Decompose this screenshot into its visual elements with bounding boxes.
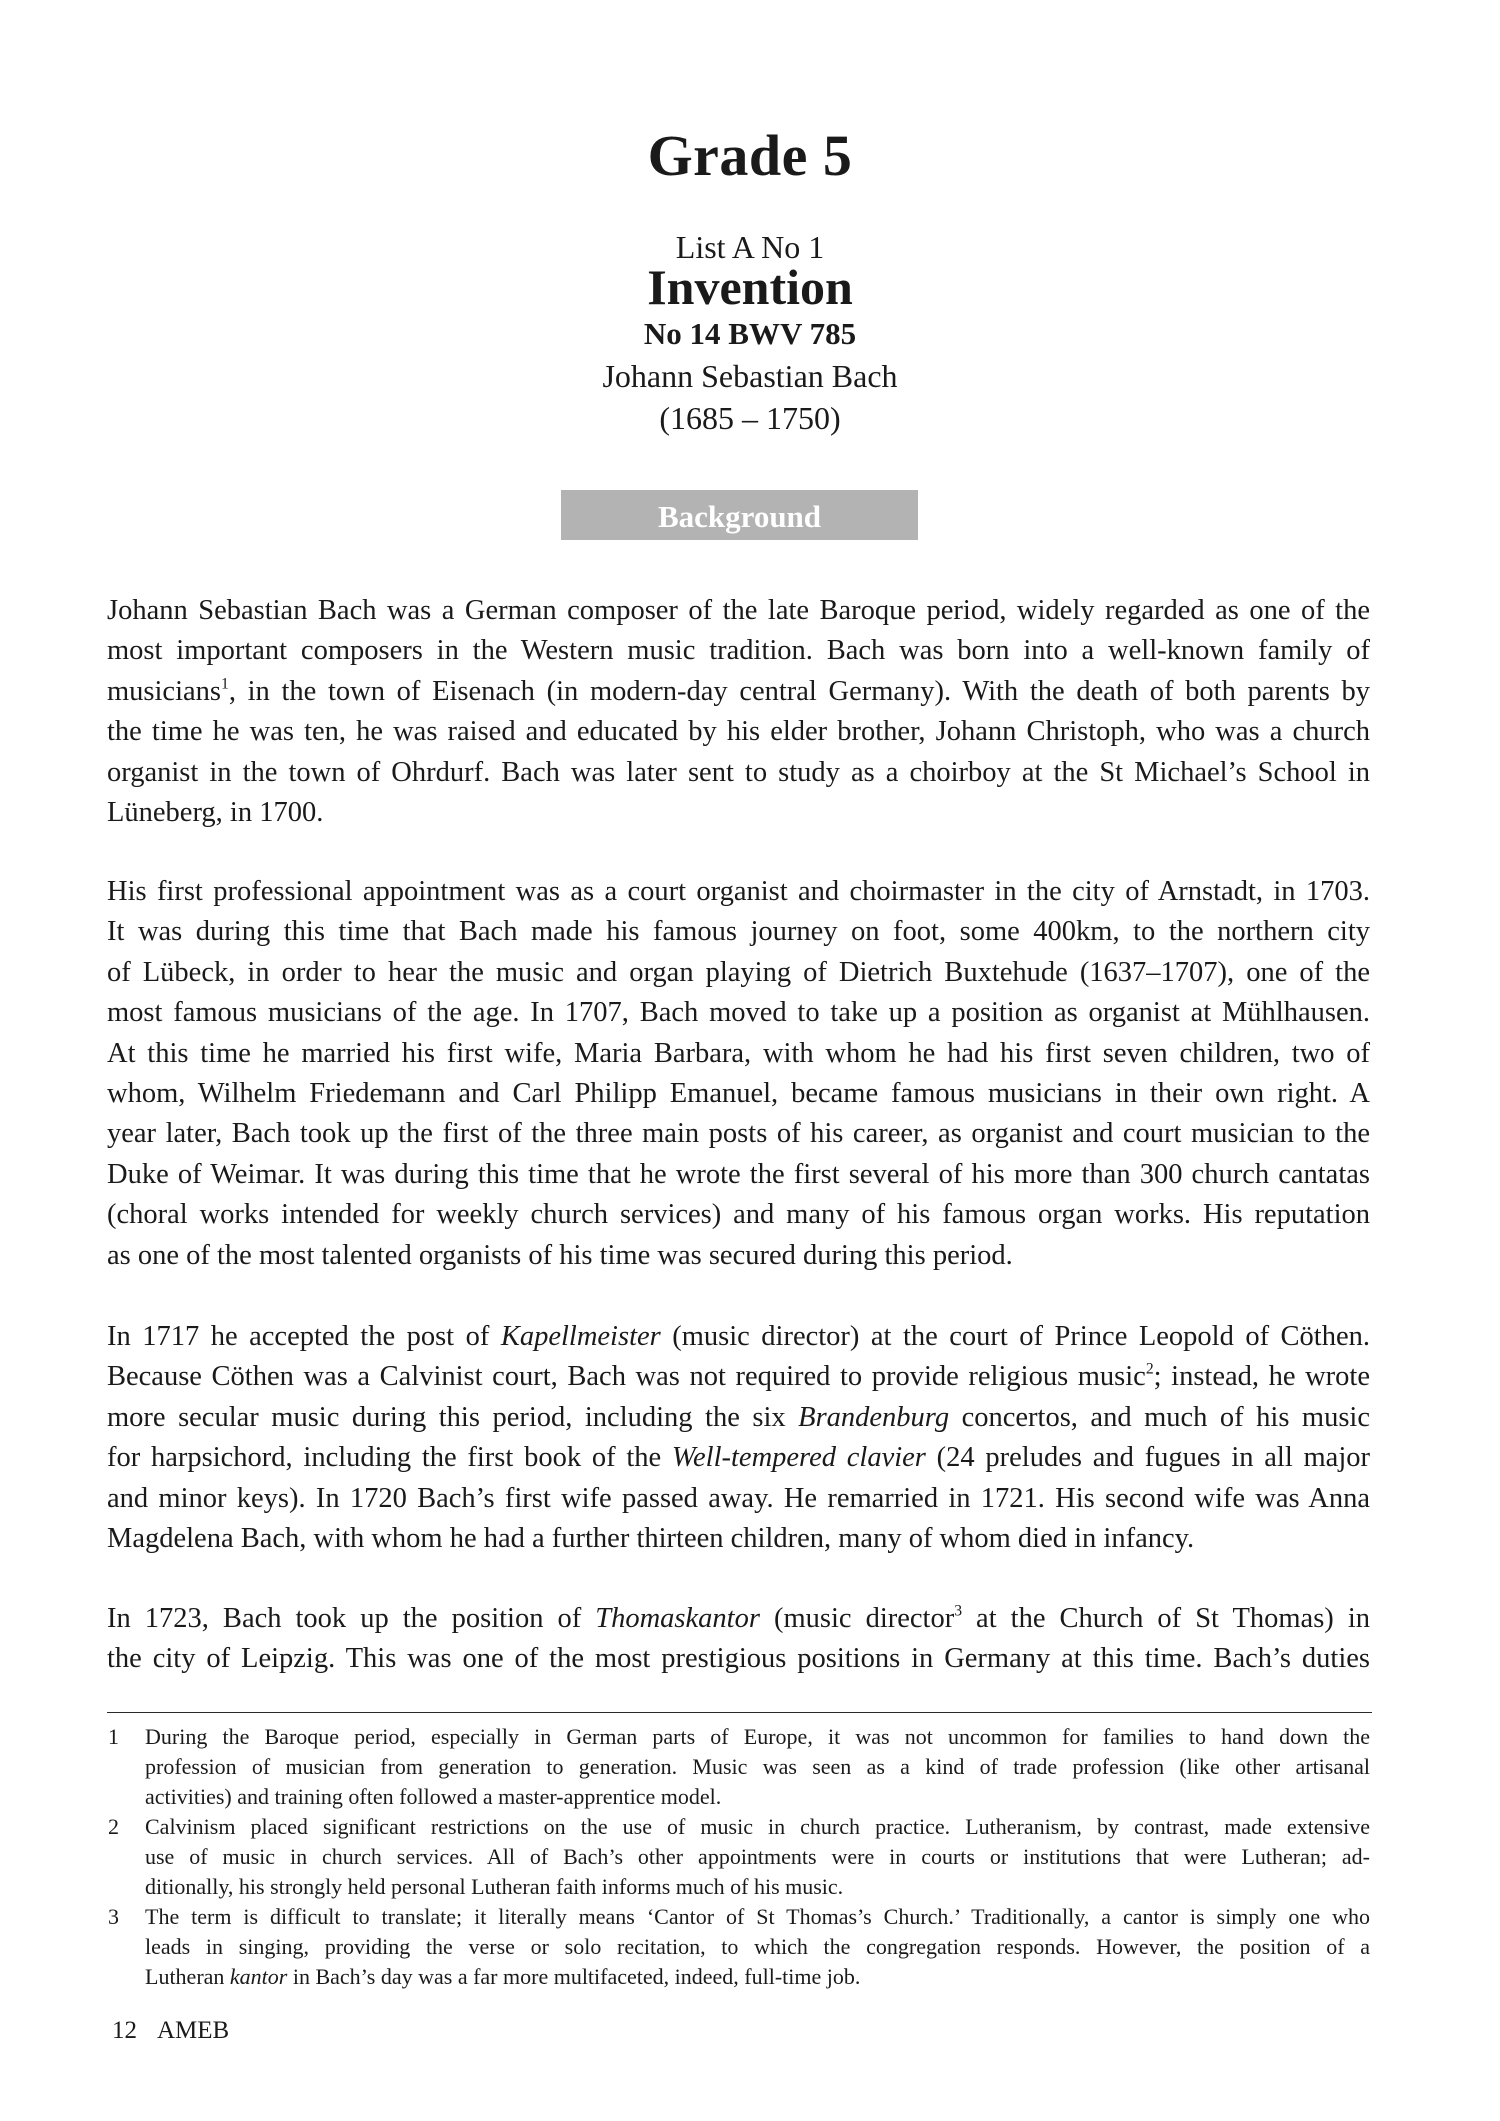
italic-term: kantor xyxy=(230,1964,287,1989)
composer-name: Johann Sebastian Bach xyxy=(0,360,1500,392)
text-line: Johann Sebastian Bach was a German compo… xyxy=(107,597,1370,626)
footnote-line: use of music in church services. All of … xyxy=(145,1846,1370,1868)
text-line: (choral works intended for weekly church… xyxy=(107,1201,1370,1230)
text-line: Lüneberg, in 1700. xyxy=(107,799,1370,828)
italic-term: Kapellmeister xyxy=(501,1321,661,1352)
grade-heading: Grade 5 xyxy=(0,127,1500,185)
footnote-number: 3 xyxy=(108,1906,119,1928)
footnote-number: 2 xyxy=(108,1816,119,1838)
catalogue-number: No 14 BWV 785 xyxy=(0,318,1500,349)
footnote-line: activities) and training often followed … xyxy=(145,1786,1370,1808)
text-line: more secular music during this period, i… xyxy=(107,1404,1370,1433)
footnote-line: profession of musician from generation t… xyxy=(145,1756,1370,1778)
text-line: In 1717 he accepted the post of Kapellme… xyxy=(107,1323,1370,1352)
text-line: His first professional appointment was a… xyxy=(107,878,1370,907)
italic-term: Brandenburg xyxy=(798,1402,949,1433)
text-line: and minor keys). In 1720 Bach’s first wi… xyxy=(107,1485,1370,1514)
footnote-reference[interactable]: 2 xyxy=(1146,1361,1154,1378)
text-line: year later, Bach took up the first of th… xyxy=(107,1120,1370,1149)
text-line: Because Cöthen was a Calvinist court, Ba… xyxy=(107,1363,1370,1392)
footnote-reference[interactable]: 1 xyxy=(221,675,229,692)
text-line: musicians1, in the town of Eisenach (in … xyxy=(107,678,1370,707)
footnote-line: ditionally, his strongly held personal L… xyxy=(145,1876,1370,1898)
text-line: In 1723, Bach took up the position of Th… xyxy=(107,1605,1370,1634)
text-line: most famous musicians of the age. In 170… xyxy=(107,999,1370,1028)
text-line: whom, Wilhelm Friedemann and Carl Philip… xyxy=(107,1080,1370,1109)
italic-term: Thomaskantor xyxy=(595,1603,760,1634)
piece-title: Invention xyxy=(0,262,1500,312)
italic-term: Well-tempered clavier xyxy=(672,1442,926,1473)
text-line: organist in the town of Ohrdurf. Bach wa… xyxy=(107,759,1370,788)
document-page: Grade 5 List A No 1 Invention No 14 BWV … xyxy=(0,0,1500,2121)
text-line: the time he was ten, he was raised and e… xyxy=(107,718,1370,747)
footnote-line: leads in singing, providing the verse or… xyxy=(145,1936,1370,1958)
publisher-name: AMEB xyxy=(157,2017,229,2044)
footnote-number: 1 xyxy=(108,1726,119,1748)
text-line: of Lübeck, in order to hear the music an… xyxy=(107,959,1370,988)
composer-dates: (1685 – 1750) xyxy=(0,402,1500,434)
text-line: At this time he married his first wife, … xyxy=(107,1040,1370,1069)
page-footer: 12AMEB xyxy=(112,2018,229,2043)
footnote-line: Lutheran kantor in Bach’s day was a far … xyxy=(145,1966,1370,1988)
text-line: It was during this time that Bach made h… xyxy=(107,918,1370,947)
footnote-reference[interactable]: 3 xyxy=(954,1602,962,1619)
section-heading-box: Background xyxy=(561,490,918,540)
text-line: as one of the most talented organists of… xyxy=(107,1242,1370,1271)
footnote-divider xyxy=(107,1712,1372,1713)
text-line: Magdelena Bach, with whom he had a furth… xyxy=(107,1525,1370,1554)
footnote-line: During the Baroque period, especially in… xyxy=(145,1726,1370,1748)
section-heading: Background xyxy=(658,501,821,532)
footnote-line: Calvinism placed significant restriction… xyxy=(145,1816,1370,1838)
text-line: the city of Leipzig. This was one of the… xyxy=(107,1645,1370,1674)
text-line: most important composers in the Western … xyxy=(107,637,1370,666)
page-number: 12 xyxy=(112,2018,157,2043)
footnote-line: The term is difficult to translate; it l… xyxy=(145,1906,1370,1928)
text-line: Duke of Weimar. It was during this time … xyxy=(107,1161,1370,1190)
text-line: for harpsichord, including the first boo… xyxy=(107,1444,1370,1473)
